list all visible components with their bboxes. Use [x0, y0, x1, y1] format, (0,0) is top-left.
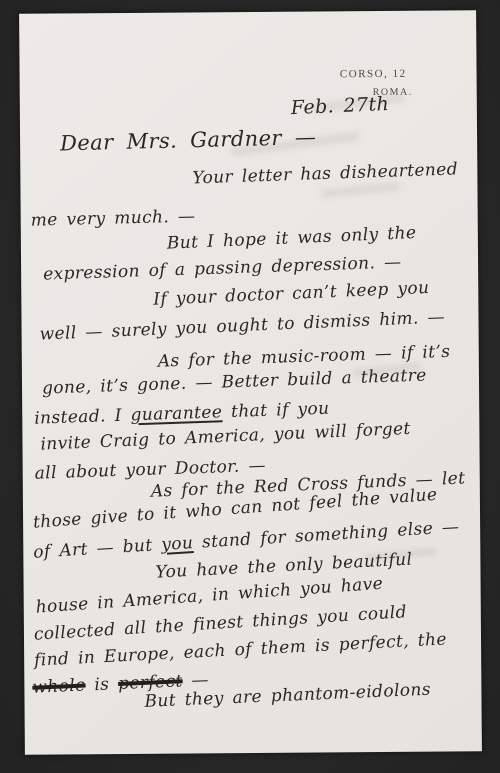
letter-line: gone, it’s gone. — Better build a theatr…: [42, 366, 427, 399]
letter-date: Feb. 27th: [290, 93, 389, 119]
letter-line-segment-struck: whole: [32, 675, 86, 697]
letter-line: If your doctor can’t keep you: [153, 278, 430, 310]
letterhead-address: CORSO, 12: [340, 68, 407, 81]
letter-line-segment: of Art — but: [33, 535, 162, 563]
scanned-letter-scene: CORSO, 12 ROMA. Feb. 27th Dear Mrs. Gard…: [0, 0, 500, 773]
letter-line-segment-underlined: you: [161, 533, 194, 555]
letter-line-segment: stand for something else —: [193, 517, 460, 553]
letter-line: expression of a passing depression. —: [43, 252, 402, 284]
letter-line: But I hope it was only the: [166, 223, 416, 254]
letter-paper: CORSO, 12 ROMA. Feb. 27th Dear Mrs. Gard…: [19, 10, 482, 755]
bleedthrough-mark: [320, 182, 400, 198]
letter-line-segment: is: [85, 674, 118, 695]
letter-line-segment: —: [182, 670, 209, 691]
letter-line-segment: that if you: [222, 399, 330, 423]
letter-line: well — surely you ought to dismiss him. …: [39, 307, 445, 344]
letter-line-segment-underlined: guarantee: [130, 402, 222, 425]
letter-salutation: Dear Mrs. Gardner —: [60, 125, 317, 155]
letter-line: me very much. —: [30, 207, 195, 231]
letter-line: Your letter has disheartened: [192, 159, 458, 188]
letter-line-segment: instead. I: [34, 405, 131, 428]
